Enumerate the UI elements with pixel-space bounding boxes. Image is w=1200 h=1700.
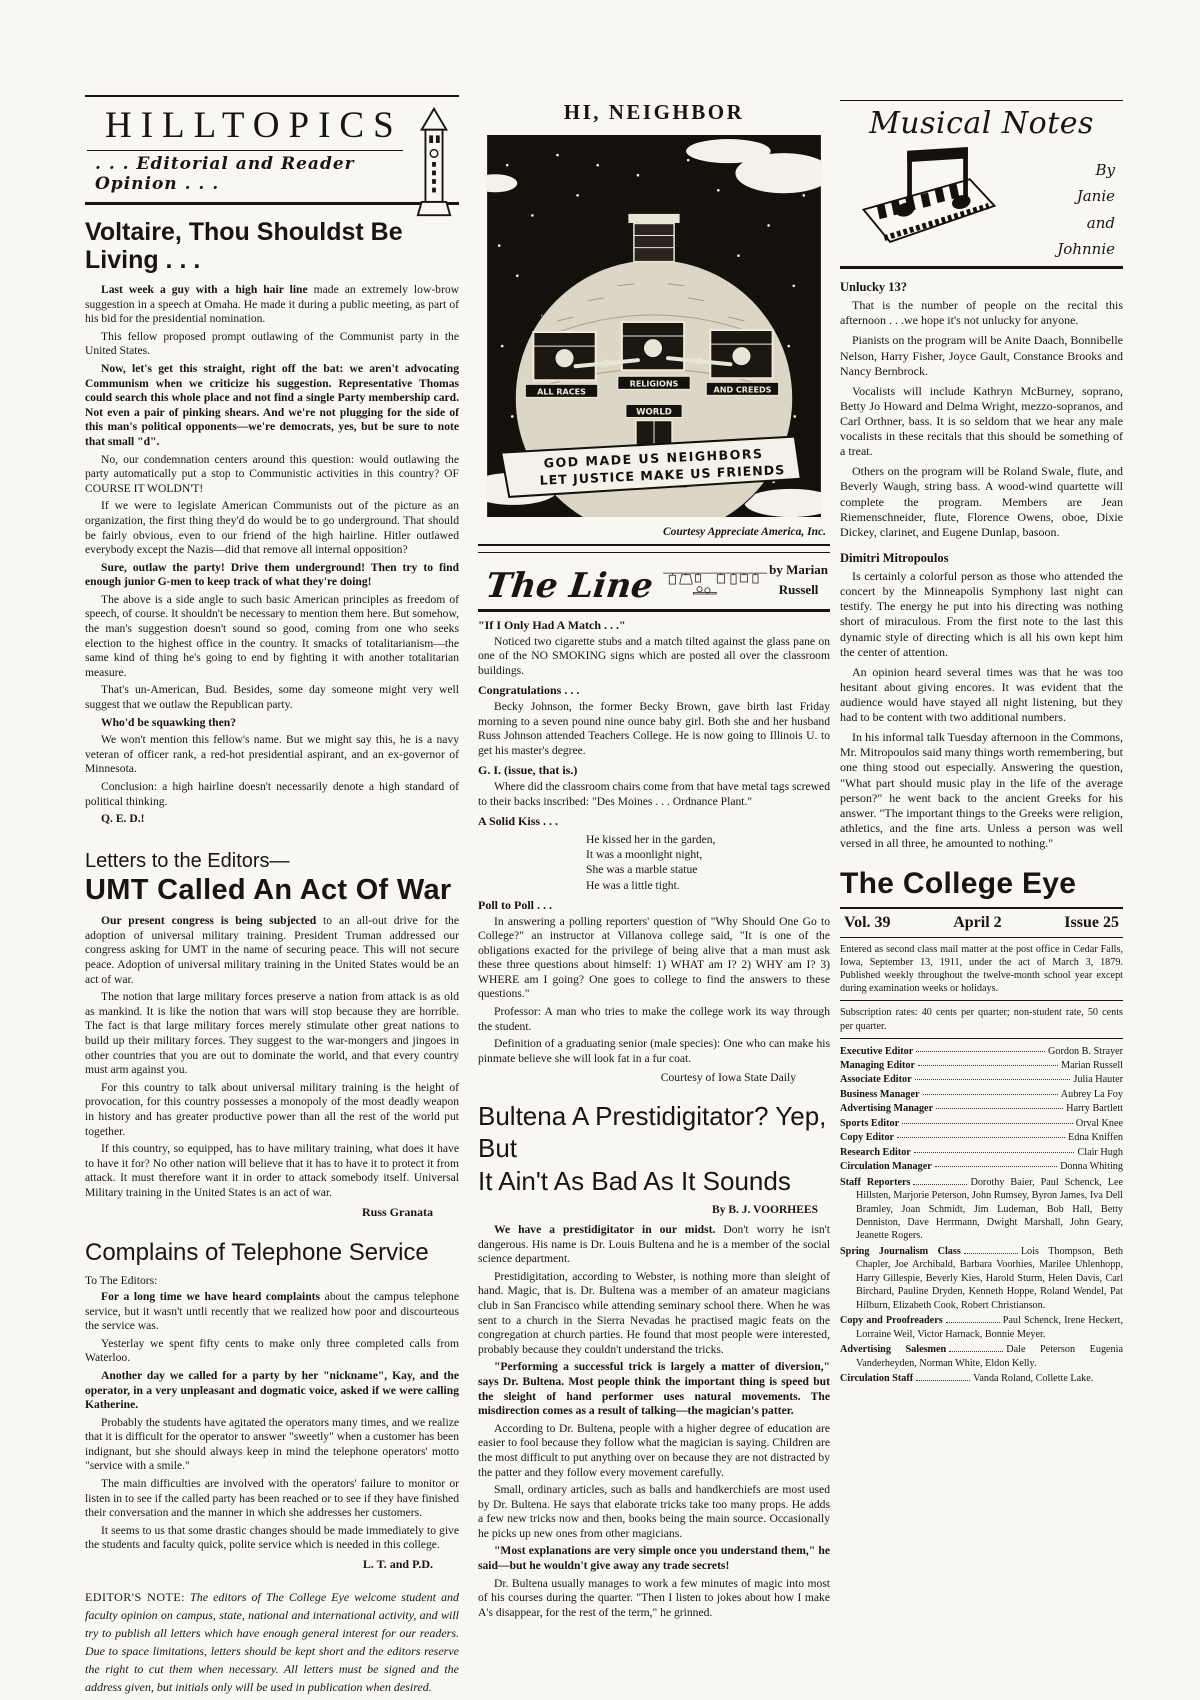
- paragraph: Definition of a graduating senior (male …: [478, 1037, 830, 1066]
- paragraph: If we were to legislate American Communi…: [85, 499, 459, 557]
- paragraph: The above is a side angle to such basic …: [85, 593, 459, 681]
- paragraph: No, our condemnation centers around this…: [85, 453, 459, 497]
- paragraph: That is the number of people on the reci…: [840, 298, 1123, 328]
- newspaper-page: HILLTOPICS . . . Editorial and Reader Op…: [0, 0, 1200, 1700]
- item-heading: Poll to Poll . . .: [478, 898, 830, 914]
- article-umt: Letters to the Editors— UMT Called An Ac…: [85, 851, 459, 1220]
- paragraph: Probably the students have agitated the …: [85, 1416, 459, 1474]
- cartoon-sign-creeds: AND CREEDS: [714, 385, 772, 394]
- paragraph: For this country to talk about universal…: [85, 1081, 459, 1139]
- paragraph: Vocalists will include Kathryn McBurney,…: [840, 384, 1123, 460]
- poem: He kissed her in the garden, It was a mo…: [586, 832, 830, 893]
- masthead-subtitle: . . . Editorial and Reader Opinion . . .: [87, 154, 403, 197]
- editors-note: EDITOR'S NOTE: The editors of The Colleg…: [85, 1588, 459, 1696]
- article-voltaire: Voltaire, Thou Shouldst Be Living . . . …: [85, 219, 459, 827]
- paragraph: "Performing a successful trick is largel…: [478, 1360, 830, 1418]
- staff-entry: Copy and ProofreadersPaul Schenck, Irene…: [840, 1314, 1123, 1341]
- byline: By B. J. VOORHEES: [478, 1204, 818, 1216]
- paragraph: Now, let's get this straight, right off …: [85, 362, 459, 450]
- staff-entry: Copy EditorEdna Kniffen: [840, 1131, 1123, 1144]
- middle-column: HI, NEIGHBOR: [478, 100, 830, 1623]
- paragraph: Our present congress is being subjected …: [85, 914, 459, 987]
- the-line-items: "If I Only Had A Match . . ." Noticed tw…: [478, 618, 830, 1086]
- staff-entry: Advertising SalesmenDale Peterson Eugeni…: [840, 1343, 1123, 1370]
- article-headline: Complains of Telephone Service: [85, 1240, 459, 1266]
- bold-lead: Sure, outlaw the party! Drive them under…: [85, 561, 459, 589]
- paragraph: That's un-American, Bud. Besides, some d…: [85, 683, 459, 712]
- article-telephone: Complains of Telephone Service To The Ed…: [85, 1240, 459, 1573]
- staff-entry: Circulation StaffVanda Roland, Collette …: [840, 1372, 1123, 1385]
- article-headline: UMT Called An Act Of War: [85, 875, 459, 905]
- editors-note-label: EDITOR'S NOTE:: [85, 1590, 185, 1604]
- divider: [87, 150, 403, 151]
- left-column: HILLTOPICS . . . Editorial and Reader Op…: [85, 95, 459, 1696]
- bell-tower-icon: [415, 103, 453, 221]
- staff-entry: Sports EditorOrval Knee: [840, 1117, 1123, 1130]
- paragraph: This fellow proposed prompt outlawing of…: [85, 330, 459, 359]
- musical-notes-masthead: Musical Notes: [840, 100, 1123, 269]
- staff-entry: Research EditorClair Hugh: [840, 1146, 1123, 1159]
- paragraph: We have a prestidigitator in our midst. …: [478, 1223, 830, 1267]
- issue: Issue 25: [1064, 913, 1119, 932]
- paragraph: In his informal talk Tuesday afternoon i…: [840, 730, 1123, 851]
- paragraph: Small, ordinary articles, such as balls …: [478, 1483, 830, 1541]
- divider: [478, 544, 830, 546]
- cartoon-title: HI, NEIGHBOR: [478, 102, 830, 123]
- paragraph: For a long time we have heard complaints…: [85, 1290, 459, 1334]
- staff-entry: Advertising ManagerHarry Bartlett: [840, 1102, 1123, 1115]
- bold-lead: We have a prestidigitator in our midst.: [494, 1223, 715, 1236]
- staff-entry: Circulation ManagerDonna Whiting: [840, 1160, 1123, 1173]
- paragraph: Professor: A man who tries to make the c…: [478, 1005, 830, 1034]
- hi-neighbor-cartoon-image: ALL RACES RELIGIONS AND CREEDS WORLD GOD…: [486, 135, 822, 517]
- paragraph: Sure, outlaw the party! Drive them under…: [85, 561, 459, 590]
- paragraph: Noticed two cigarette stubs and a match …: [478, 635, 830, 679]
- paragraph: "Most explanations are very simple once …: [478, 1544, 830, 1573]
- paragraph: Others on the program will be Roland Swa…: [840, 464, 1123, 540]
- article-headline: Bultena A Prestidigitator? Yep, But It A…: [478, 1100, 830, 1198]
- staff-list: Executive EditorGordon B. Strayer Managi…: [840, 1045, 1123, 1386]
- volume-row: Vol. 39 April 2 Issue 25: [840, 907, 1123, 938]
- paragraph: Last week a guy with a high hair line ma…: [85, 283, 459, 327]
- paragraph: Dr. Bultena usually manages to work a fe…: [478, 1577, 830, 1621]
- divider: [840, 1038, 1123, 1039]
- item-heading: A Solid Kiss . . .: [478, 814, 830, 830]
- paragraph: The main difficulties are involved with …: [85, 1477, 459, 1521]
- clothesline-doodle-icon: [663, 557, 767, 607]
- column-title: Musical Notes: [840, 109, 1123, 139]
- item-heading: G. I. (issue, that is.): [478, 763, 830, 779]
- cartoon-sign-religions: RELIGIONS: [630, 379, 679, 388]
- bold-lead: "Most explanations are very simple once …: [478, 1544, 830, 1572]
- date: April 2: [953, 913, 1001, 932]
- paragraph: An opinion heard several times was that …: [840, 665, 1123, 725]
- staff-entry: Spring Journalism ClassLois Thompson, Be…: [840, 1245, 1123, 1312]
- paragraph: According to Dr. Bultena, people with a …: [478, 1422, 830, 1480]
- bold-lead: Last week a guy with a high hair line: [101, 283, 308, 296]
- paragraph: Prestidigitation, according to Webster, …: [478, 1270, 830, 1358]
- paragraph: Another day we called for a party by her…: [85, 1369, 459, 1413]
- bold-lead: Now, let's get this straight, right off …: [85, 362, 459, 448]
- paragraph: We won't mention this fellow's name. But…: [85, 733, 459, 777]
- page-title: HILLTOPICS: [105, 107, 403, 144]
- editorial-cartoon: ALL RACES RELIGIONS AND CREEDS WORLD GOD…: [478, 135, 830, 522]
- cartoon-sign-world: WORLD: [636, 407, 672, 417]
- paragraph: Becky Johnson, the former Becky Brown, g…: [478, 700, 830, 758]
- the-line-title: The Line: [475, 565, 665, 609]
- right-column: Musical Notes: [840, 100, 1123, 1387]
- the-line-byline: by Marian Russell: [767, 560, 830, 609]
- subscription-notice: Subscription rates: 40 cents per quarter…: [840, 1006, 1123, 1032]
- hilltopics-masthead: HILLTOPICS . . . Editorial and Reader Op…: [85, 95, 459, 205]
- item-heading: Congratulations . . .: [478, 683, 830, 699]
- bold-lead: Our present congress is being subjected: [101, 914, 316, 927]
- cartoon-sign-races: ALL RACES: [537, 387, 586, 396]
- college-eye-masthead: The College Eye Vol. 39 April 2 Issue 25…: [840, 869, 1123, 1385]
- paragraph: Q. E. D.!: [85, 812, 459, 827]
- courtesy-credit: Courtesy of Iowa State Daily: [478, 1070, 796, 1085]
- section-kicker: Letters to the Editors—: [85, 851, 459, 871]
- signature: L. T. and P.D.: [85, 1557, 433, 1572]
- paragraph: Pianists on the program will be Anite Da…: [840, 333, 1123, 378]
- staff-entry: Managing EditorMarian Russell: [840, 1059, 1123, 1072]
- volume: Vol. 39: [844, 913, 891, 932]
- staff-entry: Executive EditorGordon B. Strayer: [840, 1045, 1123, 1058]
- bold-lead: For a long time we have heard complaints: [101, 1290, 320, 1303]
- bold-lead: Q. E. D.!: [101, 812, 144, 825]
- publication-title: The College Eye: [840, 869, 1123, 899]
- signature: Russ Granata: [85, 1205, 433, 1220]
- article-headline: Voltaire, Thou Shouldst Be Living . . .: [85, 219, 459, 274]
- piano-keyboard-note-icon: [854, 147, 1004, 259]
- paragraph: Where did the classroom chairs come from…: [478, 780, 830, 809]
- section-heading: Unlucky 13?: [840, 279, 1123, 295]
- column-byline: By Janie and Johnnie: [1057, 147, 1123, 262]
- paragraph: Is certainly a colorful person as those …: [840, 569, 1123, 660]
- paragraph: Who'd be squawking then?: [85, 716, 459, 731]
- paragraph: If this country, so equipped, has to hav…: [85, 1142, 459, 1200]
- paragraph: It seems to us that some drastic changes…: [85, 1524, 459, 1553]
- staff-entry: Staff ReportersDorothy Baier, Paul Schen…: [840, 1176, 1123, 1243]
- paragraph: Conclusion: a high hairline doesn't nece…: [85, 780, 459, 809]
- paragraph: Yesterlay we spent fifty cents to make o…: [85, 1337, 459, 1366]
- paragraph: The notion that large military forces pr…: [85, 990, 459, 1078]
- section-heading: Dimitri Mitropoulos: [840, 550, 1123, 566]
- staff-entry: Business ManagerAubrey La Foy: [840, 1088, 1123, 1101]
- bold-lead: Who'd be squawking then?: [101, 716, 236, 729]
- musical-notes-art-row: By Janie and Johnnie: [840, 147, 1123, 262]
- divider: [840, 1000, 1123, 1001]
- item-heading: "If I Only Had A Match . . .": [478, 618, 830, 634]
- the-line-masthead: The Line by Marian Russell: [478, 552, 830, 612]
- article-bultena: Bultena A Prestidigitator? Yep, But It A…: [478, 1100, 830, 1621]
- paragraph: In answering a polling reporters' questi…: [478, 915, 830, 1003]
- cartoon-credit: Courtesy Appreciate America, Inc.: [478, 526, 826, 538]
- entered-notice: Entered as second class mail matter at t…: [840, 943, 1123, 995]
- staff-entry: Associate EditorJulia Hauter: [840, 1073, 1123, 1086]
- bold-lead: "Performing a successful trick is largel…: [478, 1360, 830, 1417]
- salutation: To The Editors:: [85, 1273, 459, 1288]
- bold-lead: Another day we called for a party by her…: [85, 1369, 459, 1411]
